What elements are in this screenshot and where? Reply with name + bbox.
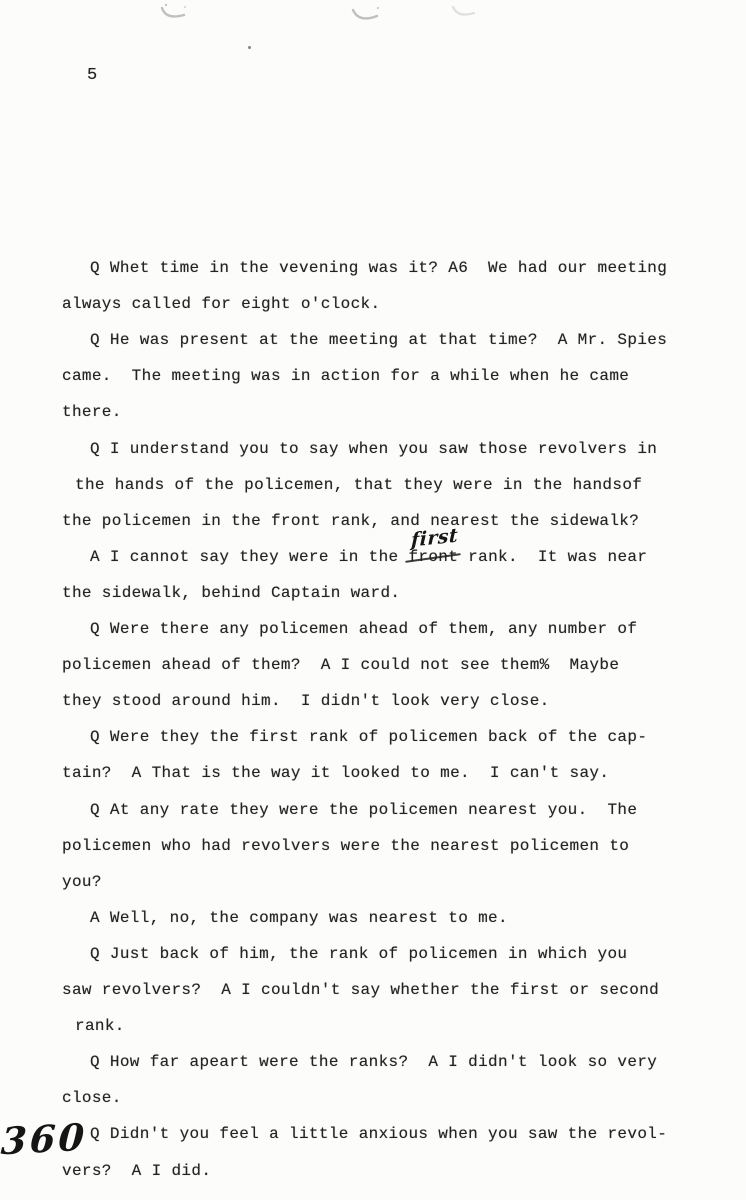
transcript-line: policemen who had revolvers were the nea… (62, 836, 629, 856)
transcript: Q Whet time in the vevening was it? A6 W… (0, 0, 746, 1200)
transcript-line: always called for eight o'clock. (62, 294, 380, 314)
line-text: A I cannot say they were in the (90, 548, 408, 566)
transcript-line: you? (62, 872, 102, 892)
line-text: rank. It was near (458, 548, 647, 566)
transcript-line: Q Just back of him, the rank of policeme… (90, 944, 627, 964)
transcript-line: saw revolvers? A I couldn't say whether … (62, 980, 659, 1000)
transcript-line: tain? A That is the way it looked to me.… (62, 763, 609, 783)
transcript-line: Q How far apeart were the ranks? A I did… (90, 1052, 657, 1072)
transcript-line: Q Were there any policemen ahead of them… (90, 619, 637, 639)
transcript-line: they stood around him. I didn't look ver… (62, 691, 550, 711)
transcript-line: Q I understand you to say when you saw t… (90, 439, 657, 459)
transcript-line: Q Were they the first rank of policemen … (90, 727, 647, 747)
transcript-line: rank. (75, 1016, 125, 1036)
transcript-line: close. (62, 1088, 122, 1108)
handwritten-correction: first (411, 525, 459, 550)
transcript-line: the sidewalk, behind Captain ward. (62, 583, 400, 603)
transcript-line: Q At any rate they were the policemen ne… (90, 800, 637, 820)
transcript-line: there. (62, 402, 122, 422)
struck-word: frontfirst (408, 547, 458, 567)
transcript-line: came. The meeting was in action for a wh… (62, 366, 629, 386)
handwritten-folio-number: 360 (0, 1115, 88, 1164)
transcript-line: the policemen in the front rank, and nea… (62, 511, 639, 531)
transcript-line: A I cannot say they were in the frontfir… (90, 547, 647, 567)
document-page: 5 Q Whet time in the vevening was it? A6… (0, 0, 746, 1200)
transcript-line: policemen ahead of them? A I could not s… (62, 655, 619, 675)
transcript-line: vers? A I did. (62, 1161, 211, 1181)
transcript-line: Q He was present at the meeting at that … (90, 330, 667, 350)
transcript-line: the hands of the policemen, that they we… (75, 475, 642, 495)
transcript-line: Q Didn't you feel a little anxious when … (90, 1124, 667, 1144)
transcript-line: Q Whet time in the vevening was it? A6 W… (90, 258, 667, 278)
transcript-line: A Well, no, the company was nearest to m… (90, 908, 508, 928)
